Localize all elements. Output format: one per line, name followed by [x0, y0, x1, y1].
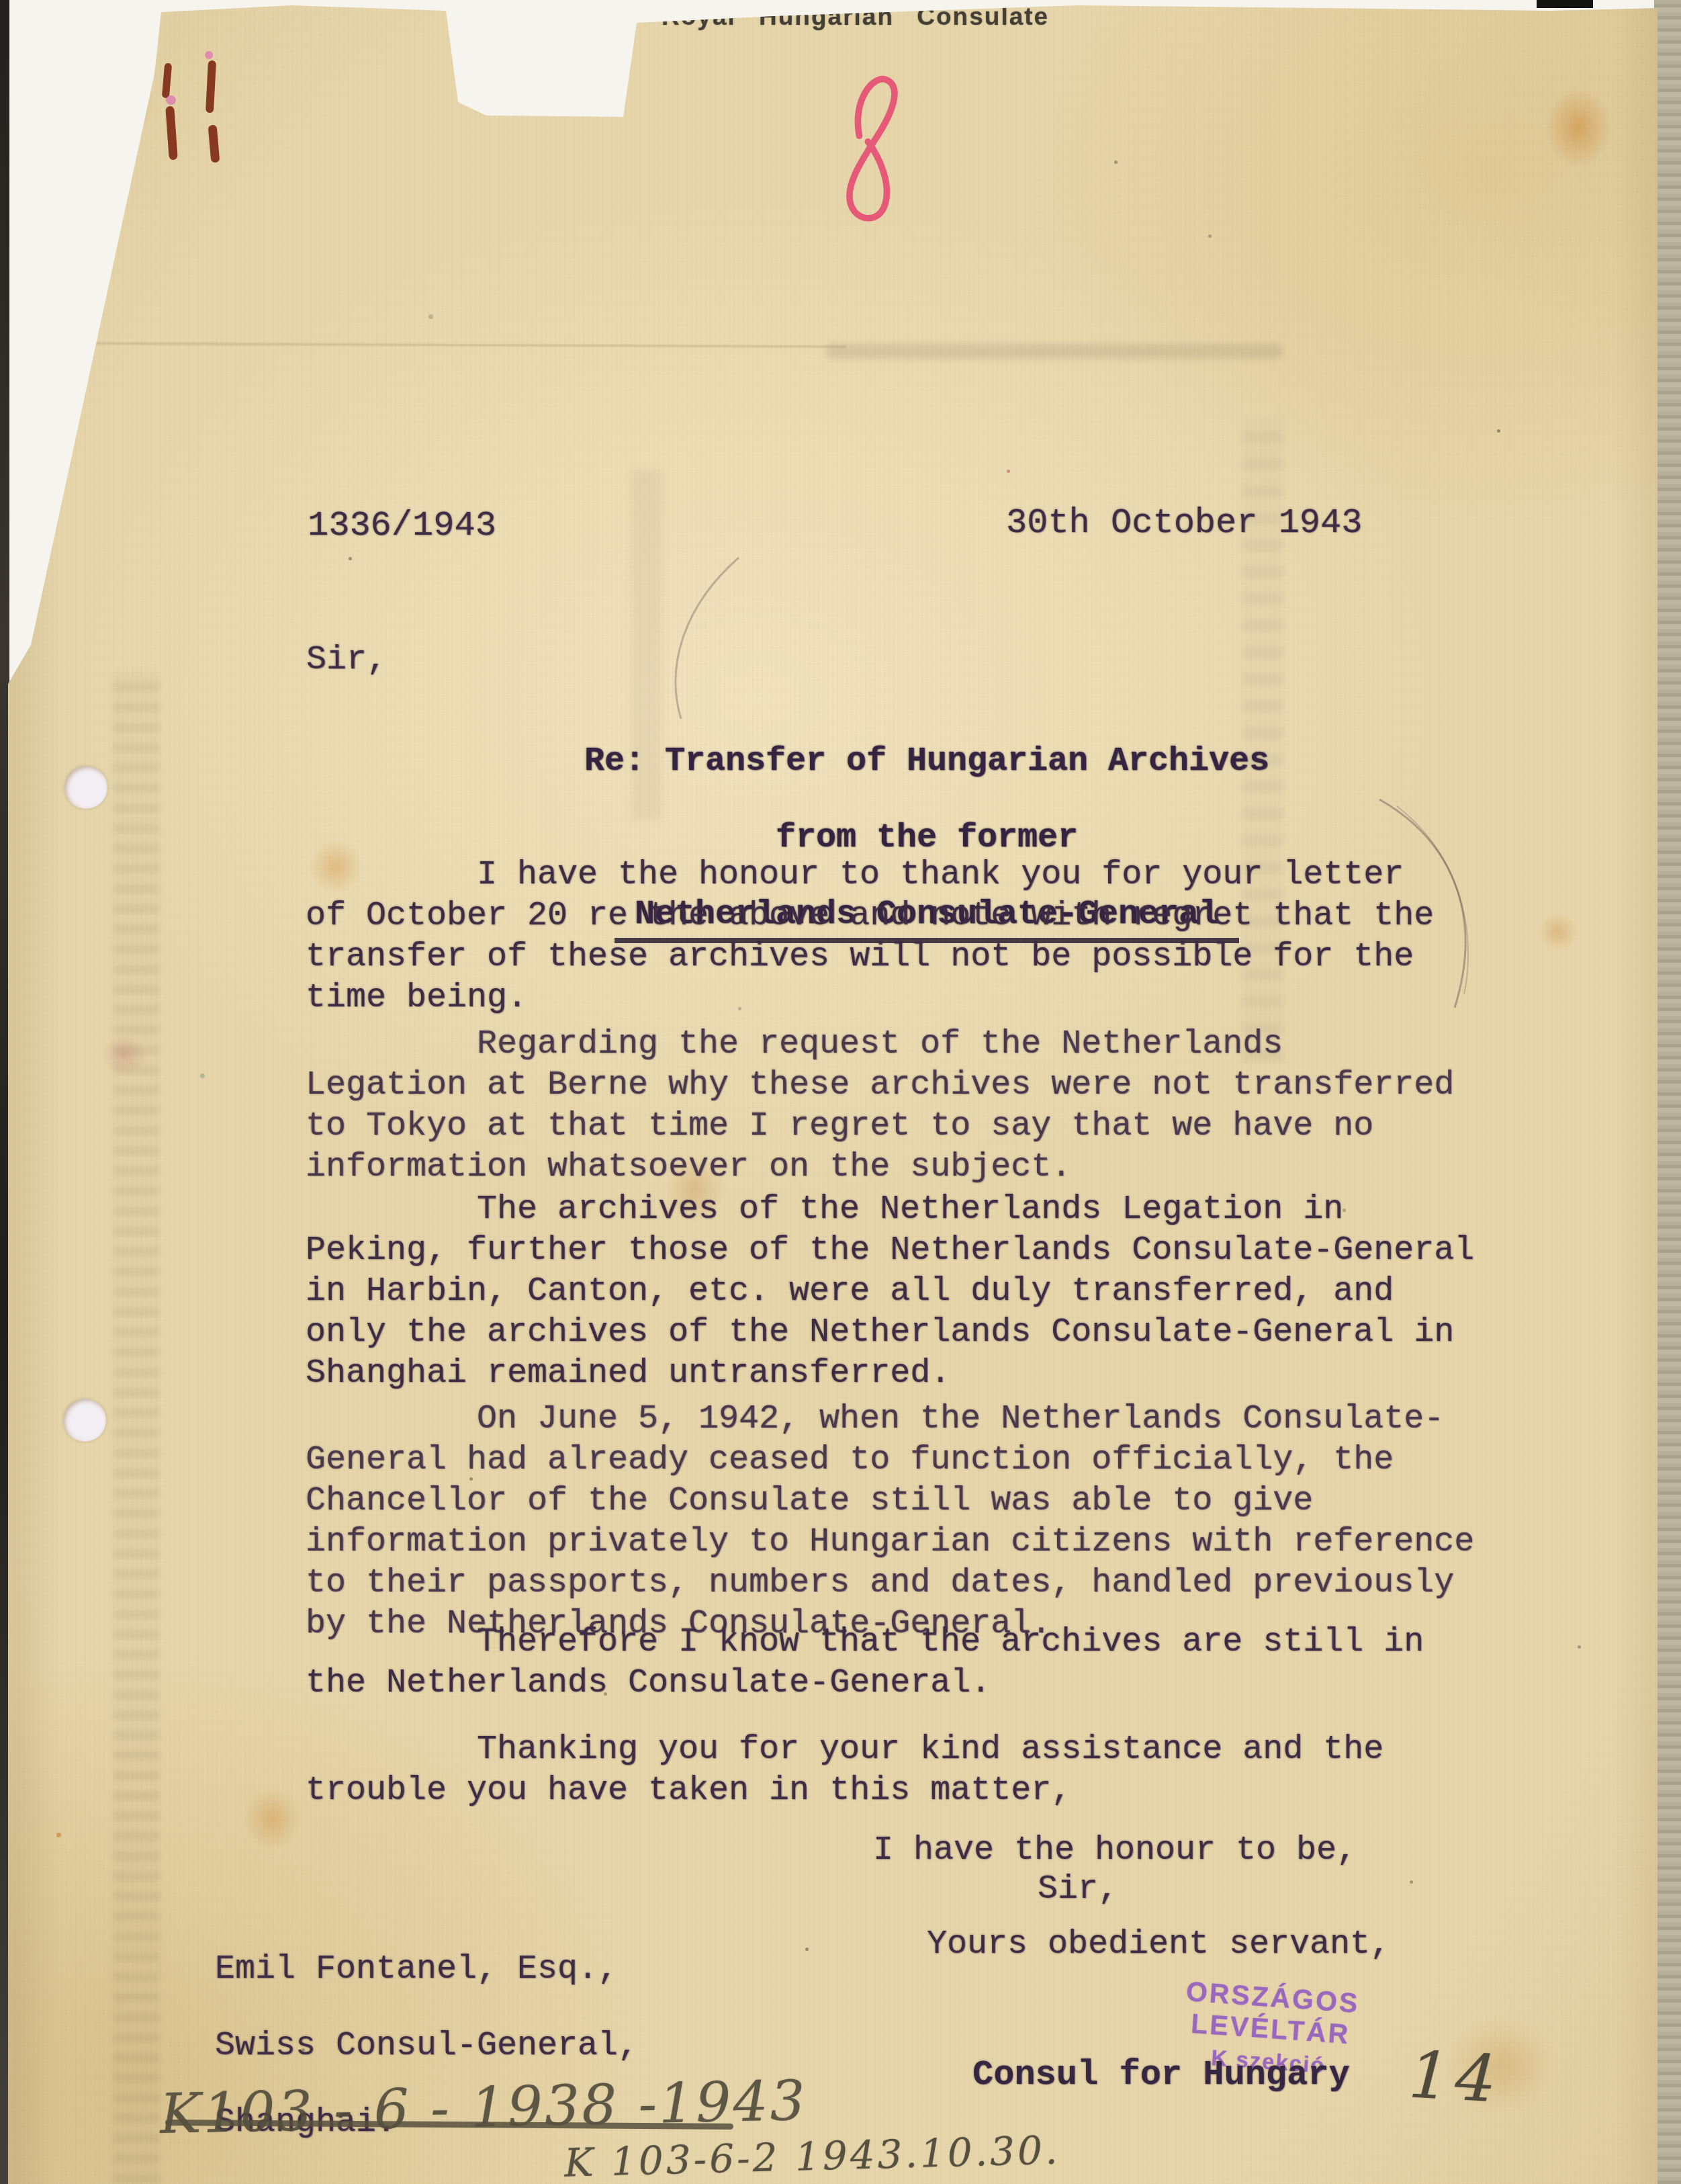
- staple-rust-mark: [208, 125, 220, 163]
- hole-punch: [63, 1399, 106, 1442]
- consulate-header-stamp: Royal Hungarian Consulate: [662, 3, 1049, 31]
- pink-mark: [205, 51, 213, 59]
- pencil-page-number: 14: [1407, 2037, 1504, 2117]
- staple-rust-mark: [165, 106, 178, 161]
- red-page-number: 8: [860, 101, 869, 119]
- staple-rust-mark: [162, 63, 172, 99]
- paragraph-4: On June 5, 1942, when the Netherlands Co…: [306, 1399, 1494, 1645]
- subject-line-1: Re: Transfer of Hungarian Archives: [531, 742, 1323, 781]
- hole-punch: [64, 766, 107, 809]
- recipient-name: Emil Fontanel, Esq.,: [215, 1950, 638, 1989]
- signature-title: Consul for Hungary: [972, 2054, 1350, 2095]
- closing-line-1: I have the honour to be,: [873, 1830, 1357, 1871]
- scanned-letter-page: Royal Hungarian Consulate 8 1336/1943 30…: [0, 0, 1681, 2184]
- archive-stamp-line-1: ORSZÁGOS LEVÉLTÁR: [1142, 1973, 1402, 2054]
- vertical-smudge-left: [113, 672, 160, 2183]
- closing-line-2: Sir,: [1038, 1869, 1118, 1910]
- stain: [1545, 87, 1612, 168]
- subject-line-2: from the former: [531, 819, 1323, 857]
- paragraph-1: I have the honour to thank you for your …: [306, 855, 1494, 1018]
- scanner-edge-top: [1537, 0, 1593, 8]
- scanner-edge-left: [0, 0, 9, 2184]
- paragraph-2: Regarding the request of the Netherlands…: [306, 1024, 1494, 1188]
- pencil-crossed-reference: K103 - 6 - 1938 -1943: [159, 2069, 808, 2146]
- stain: [1538, 914, 1578, 951]
- pink-mark: [166, 95, 176, 105]
- letter-paper: Royal Hungarian Consulate 8 1336/1943 30…: [0, 0, 1681, 2184]
- stain: [242, 1787, 302, 1851]
- ink-showthrough-smudge: [826, 344, 1283, 359]
- paragraph-5: Therefore I know that the archives are s…: [306, 1622, 1494, 1704]
- stain: [81, 81, 154, 134]
- reference-number: 1336/1943: [308, 505, 496, 546]
- salutation: Sir,: [306, 640, 387, 681]
- horizontal-crease: [54, 342, 846, 347]
- red-crayon-eight-drawing: [838, 71, 912, 226]
- letter-date: 30th October 1943: [1006, 503, 1363, 543]
- paragraph-6: Thanking you for your kind assistance an…: [306, 1729, 1494, 1811]
- recipient-title: Swiss Consul-General,: [215, 2027, 638, 2065]
- paragraph-3: The archives of the Netherlands Legation…: [306, 1189, 1494, 1394]
- valediction: Yours obedient servant,: [927, 1924, 1390, 1965]
- staple-rust-mark: [206, 60, 216, 114]
- underlying-card-edge-right: [1654, 0, 1681, 2184]
